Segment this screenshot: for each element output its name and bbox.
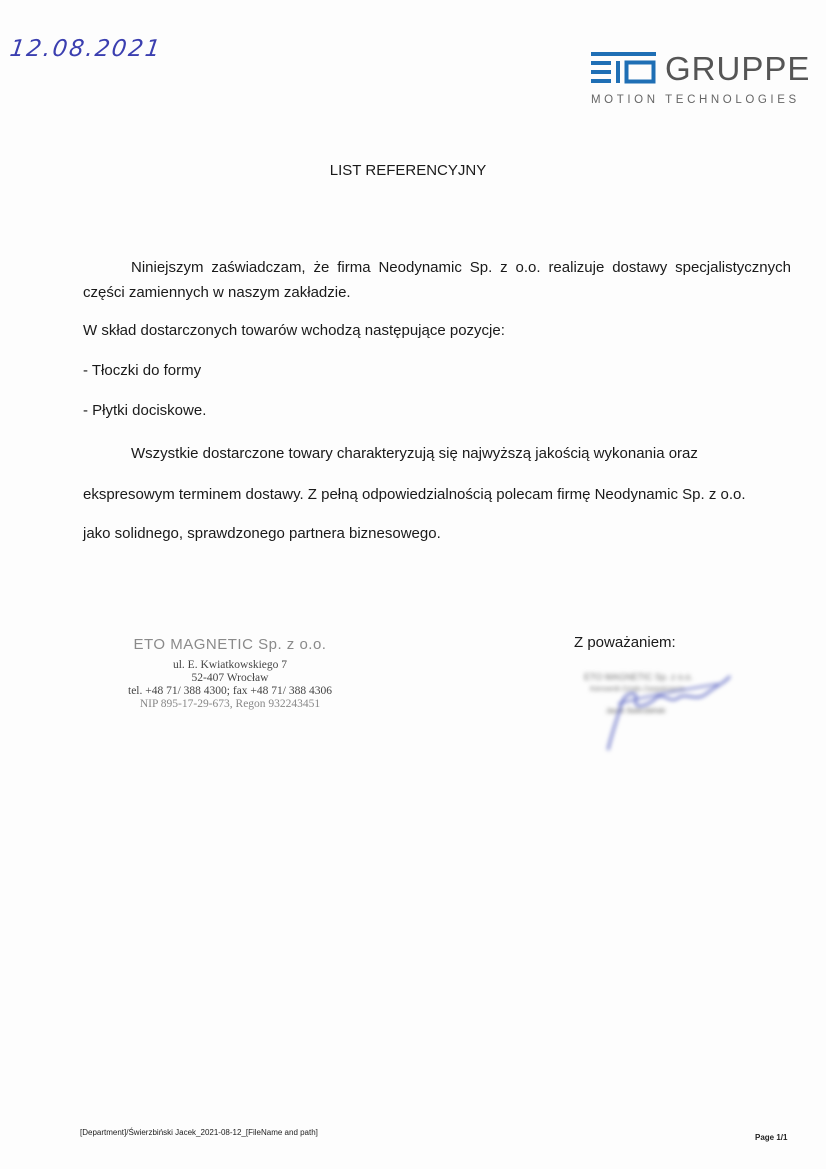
signature-block: ETO MAGNETIC Sp. z o.o. Kierownik Działu… — [578, 662, 748, 757]
paragraph-intro-text: Niniejszym zaświadczam, że firma Neodyna… — [83, 259, 791, 301]
stamp-phone: tel. +48 71/ 388 4300; fax +48 71/ 388 4… — [80, 685, 380, 698]
stamp-company: ETO MAGNETIC Sp. z o.o. — [80, 636, 380, 653]
paragraph-quality-line1: Wszystkie dostarczone towary charakteryz… — [131, 445, 698, 462]
paragraph-intro: Niniejszym zaświadczam, że firma Neodyna… — [83, 255, 791, 305]
paragraph-quality-line2: ekspresowym terminem dostawy. Z pełną od… — [83, 486, 746, 503]
footer-page-number: Page 1/1 — [755, 1133, 787, 1142]
stamp-city: 52-407 Wrocław — [80, 672, 380, 685]
stamp-street: ul. E. Kwiatkowskiego 7 — [80, 659, 380, 672]
document-title: LIST REFERENCYJNY — [0, 162, 816, 179]
company-stamp: ETO MAGNETIC Sp. z o.o. ul. E. Kwiatkows… — [80, 636, 380, 711]
handwritten-date: 12.08.2021 — [8, 36, 163, 62]
list-item: - Tłoczki do formy — [83, 362, 201, 379]
list-item: - Płytki dociskowe. — [83, 402, 206, 419]
logo-name: GRUPPE — [665, 50, 810, 88]
company-logo: GRUPPE MOTION TECHNOLOGIES — [591, 52, 801, 112]
footer-file-path: [Department]/Świerzbiński Jacek_2021-08-… — [80, 1128, 318, 1137]
logo-tagline: MOTION TECHNOLOGIES — [591, 94, 800, 106]
paragraph-items-intro: W skład dostarczonych towarów wchodzą na… — [83, 322, 505, 339]
paragraph-quality-line3: jako solidnego, sprawdzonego partnera bi… — [83, 525, 441, 542]
stamp-ids: NIP 895-17-29-673, Regon 932243451 — [80, 698, 380, 711]
handwritten-signature-icon — [578, 662, 748, 757]
closing-regards: Z poważaniem: — [574, 634, 676, 651]
eto-logo-mark-icon — [591, 52, 656, 84]
